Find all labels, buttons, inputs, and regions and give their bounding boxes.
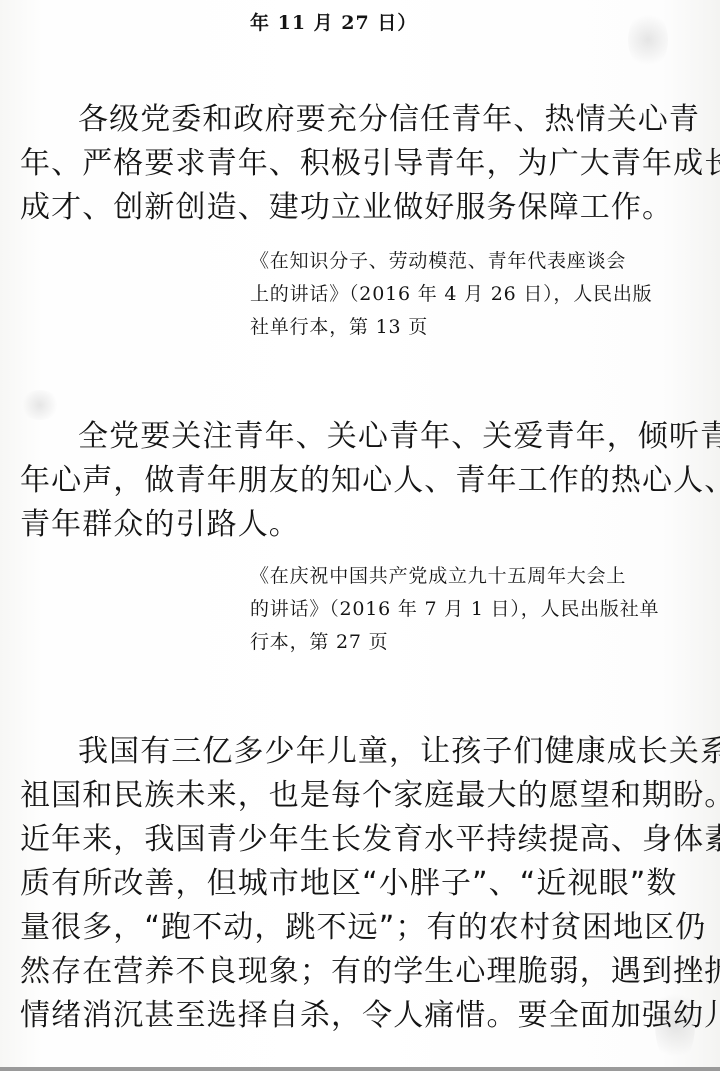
quote-line: 然存在营养不良现象；有的学生心理脆弱，遇到挫折	[20, 950, 700, 994]
quote-line: 量很多，“跑不动，跳不远”；有的农村贫困地区仍	[20, 906, 700, 950]
quote-paragraph-1: 各级党委和政府要充分信任青年、热情关心青 年、严格要求青年、积极引导青年，为广大…	[20, 98, 700, 230]
scanned-book-page: 年 11 月 27 日） 各级党委和政府要充分信任青年、热情关心青 年、严格要求…	[0, 0, 720, 1067]
citation-2: 《在庆祝中国共产党成立九十五周年大会上 的讲话》（2016 年 7 月 1 日）…	[250, 560, 700, 659]
quote-line: 祖国和民族未来，也是每个家庭最大的愿望和期盼。	[20, 774, 700, 818]
citation-line: 社单行本，第 13 页	[250, 311, 700, 344]
quote-paragraph-2: 全党要关注青年、关心青年、关爱青年，倾听青 年心声，做青年朋友的知心人、青年工作…	[20, 415, 700, 547]
citation-line: 行本，第 27 页	[250, 626, 700, 659]
quote-line: 各级党委和政府要充分信任青年、热情关心青	[20, 98, 700, 142]
citation-line: 《在庆祝中国共产党成立九十五周年大会上	[250, 560, 700, 593]
quote-line: 全党要关注青年、关心青年、关爱青年，倾听青	[20, 415, 700, 459]
quote-line: 情绪消沉甚至选择自杀，令人痛惜。要全面加强幼儿	[20, 994, 700, 1038]
quote-line: 近年来，我国青少年生长发育水平持续提高、身体素	[20, 818, 700, 862]
quote-line: 青年群众的引路人。	[20, 503, 700, 547]
quote-line: 我国有三亿多少年儿童，让孩子们健康成长关系	[20, 730, 700, 774]
quote-line: 成才、创新创造、建功立业做好服务保障工作。	[20, 186, 700, 230]
quote-paragraph-3: 我国有三亿多少年儿童，让孩子们健康成长关系 祖国和民族未来，也是每个家庭最大的愿…	[20, 730, 700, 1038]
citation-1: 《在知识分子、劳动模范、青年代表座谈会 上的讲话》（2016 年 4 月 26 …	[250, 245, 700, 344]
quote-line: 年、严格要求青年、积极引导青年，为广大青年成长	[20, 142, 700, 186]
bottom-border	[0, 1067, 720, 1071]
citation-line: 《在知识分子、劳动模范、青年代表座谈会	[250, 245, 700, 278]
citation-carryover-line: 年 11 月 27 日）	[250, 8, 417, 35]
citation-line: 上的讲话》（2016 年 4 月 26 日），人民出版	[250, 278, 700, 311]
quote-line: 质有所改善，但城市地区“小胖子”、“近视眼”数	[20, 862, 700, 906]
quote-line: 年心声，做青年朋友的知心人、青年工作的热心人、	[20, 459, 700, 503]
scan-smudge	[628, 10, 668, 70]
citation-line: 的讲话》（2016 年 7 月 1 日），人民出版社单	[250, 593, 700, 626]
